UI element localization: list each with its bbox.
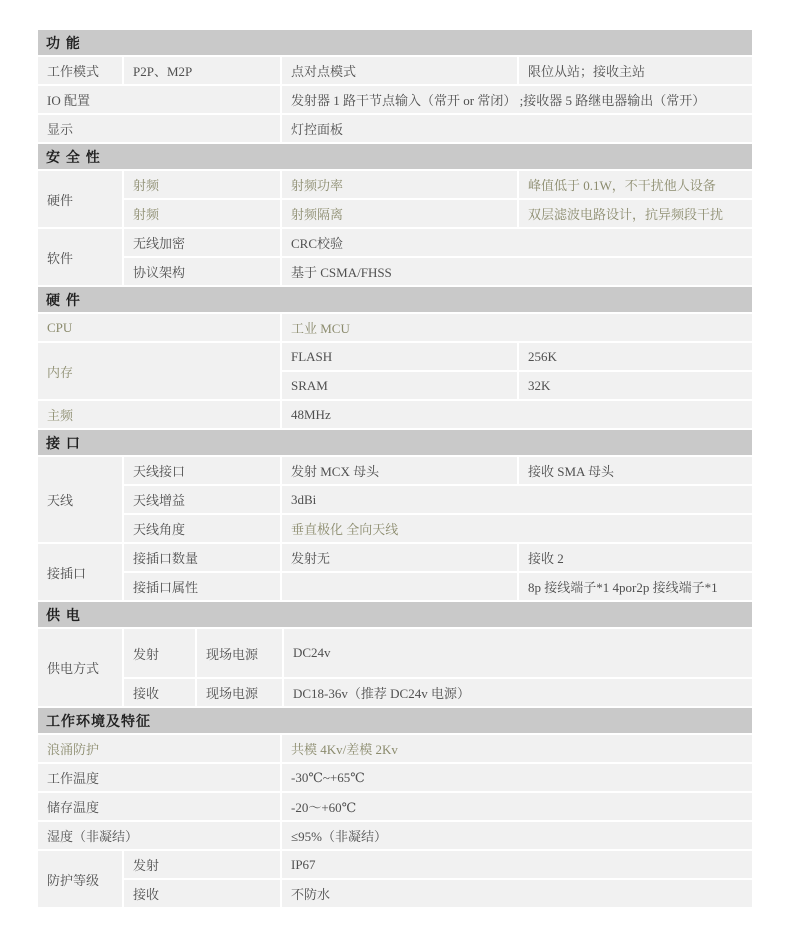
spec-cell: 接收 SMA 母头 <box>519 457 752 484</box>
section-interface: 接 口 天线 天线接口 发射 MCX 母头 接收 SMA 母头 天线增益 3dB… <box>38 430 752 600</box>
spec-cell: 显示 <box>38 115 280 142</box>
spec-cell: 不防水 <box>282 880 752 907</box>
spec-cell: CPU <box>38 314 280 341</box>
spec-cell: 工作温度 <box>38 764 280 791</box>
spec-cell: 天线接口 <box>124 457 280 484</box>
spec-cell: IO 配置 <box>38 86 280 113</box>
spec-cell: 灯控面板 <box>282 115 752 142</box>
spec-cell: ≤95%（非凝结） <box>282 822 752 849</box>
spec-cell: 射频隔离 <box>282 200 517 227</box>
section-security: 安 全 性 硬件 射频 射频功率 峰值低于 0.1W，不干扰他人设备 射频 射频… <box>38 144 752 285</box>
spec-cell: 射频 <box>124 200 280 227</box>
section-rows: CPU 工业 MCU 内存 FLASH 256K SRAM 32K 主频 48M… <box>38 314 752 428</box>
spec-cell <box>282 573 517 600</box>
section-rows: 供电方式 发射 现场电源 DC24v 接收 现场电源 DC18-36v（推荐 D… <box>38 629 752 706</box>
spec-cell: 内存 <box>38 343 280 399</box>
spec-cell: 接插口属性 <box>124 573 280 600</box>
spec-cell: -30℃~+65℃ <box>282 764 752 791</box>
spec-cell: 工业 MCU <box>282 314 752 341</box>
spec-cell: 限位从站；接收主站 <box>519 57 752 84</box>
section-title: 供 电 <box>38 602 752 627</box>
spec-cell: IP67 <box>282 851 752 878</box>
spec-cell: 硬件 <box>38 171 122 227</box>
spec-cell: 接插口 <box>38 544 122 600</box>
spec-cell: -20～+60℃ <box>282 793 752 820</box>
section-rows: 天线 天线接口 发射 MCX 母头 接收 SMA 母头 天线增益 3dBi 天线… <box>38 457 752 600</box>
spec-cell: 接插口数量 <box>124 544 280 571</box>
spec-cell: 32K <box>519 372 752 399</box>
spec-cell: 发射无 <box>282 544 517 571</box>
spec-cell: 发射 <box>124 629 195 677</box>
spec-cell: 储存温度 <box>38 793 280 820</box>
spec-cell: 天线角度 <box>124 515 280 542</box>
spec-cell: 接收 <box>124 880 280 907</box>
spec-cell: 现场电源 <box>197 679 282 706</box>
spec-cell: FLASH <box>282 343 517 370</box>
spec-cell: 峰值低于 0.1W，不干扰他人设备 <box>519 171 752 198</box>
section-rows: 工作模式 P2P、M2P 点对点模式 限位从站；接收主站 IO 配置 发射器 1… <box>38 57 752 142</box>
spec-cell: P2P、M2P <box>124 57 280 84</box>
spec-cell: 主频 <box>38 401 280 428</box>
spec-cell: 现场电源 <box>197 629 282 677</box>
spec-cell: 天线增益 <box>124 486 280 513</box>
spec-cell: 共模 4Kv/差模 2Kv <box>282 735 752 762</box>
spec-cell: 接收 2 <box>519 544 752 571</box>
section-title: 硬 件 <box>38 287 752 312</box>
spec-cell: 基于 CSMA/FHSS <box>282 258 752 285</box>
section-function: 功 能 工作模式 P2P、M2P 点对点模式 限位从站；接收主站 IO 配置 发… <box>38 30 752 142</box>
spec-cell: 射频功率 <box>282 171 517 198</box>
section-hardware: 硬 件 CPU 工业 MCU 内存 FLASH 256K SRAM 32K 主频… <box>38 287 752 428</box>
spec-cell: CRC校验 <box>282 229 752 256</box>
spec-cell: 射频 <box>124 171 280 198</box>
spec-cell: 256K <box>519 343 752 370</box>
section-power: 供 电 供电方式 发射 现场电源 DC24v 接收 现场电源 DC18-36v（… <box>38 602 752 706</box>
spec-cell: 发射器 1 路干节点输入（常开 or 常闭） ;接收器 5 路继电器输出（常开） <box>282 86 752 113</box>
spec-cell: 双层滤波电路设计，抗异频段干扰 <box>519 200 752 227</box>
section-rows: 浪涌防护 共模 4Kv/差模 2Kv 工作温度 -30℃~+65℃ 储存温度 -… <box>38 735 752 907</box>
spec-cell: 48MHz <box>282 401 752 428</box>
section-title: 安 全 性 <box>38 144 752 169</box>
spec-cell: 3dBi <box>282 486 752 513</box>
section-title: 接 口 <box>38 430 752 455</box>
section-title: 功 能 <box>38 30 752 55</box>
spec-cell: 软件 <box>38 229 122 285</box>
spec-cell: DC18-36v（推荐 DC24v 电源） <box>284 679 752 706</box>
spec-cell: 浪涌防护 <box>38 735 280 762</box>
spec-cell: 接收 <box>124 679 195 706</box>
section-rows: 硬件 射频 射频功率 峰值低于 0.1W，不干扰他人设备 射频 射频隔离 双层滤… <box>38 171 752 285</box>
spec-cell: 发射 MCX 母头 <box>282 457 517 484</box>
spec-cell: 8p 接线端子*1 4por2p 接线端子*1 <box>519 573 752 600</box>
section-title: 工作环境及特征 <box>38 708 752 733</box>
spec-table: 功 能 工作模式 P2P、M2P 点对点模式 限位从站；接收主站 IO 配置 发… <box>38 30 752 909</box>
spec-cell: 天线 <box>38 457 122 542</box>
spec-cell: DC24v <box>284 629 752 677</box>
spec-cell: 工作模式 <box>38 57 122 84</box>
spec-cell: 防护等级 <box>38 851 122 907</box>
spec-cell: 湿度（非凝结） <box>38 822 280 849</box>
section-environment: 工作环境及特征 浪涌防护 共模 4Kv/差模 2Kv 工作温度 -30℃~+65… <box>38 708 752 907</box>
spec-cell: 发射 <box>124 851 280 878</box>
spec-cell: 供电方式 <box>38 629 122 706</box>
spec-cell: 无线加密 <box>124 229 280 256</box>
spec-cell: 协议架构 <box>124 258 280 285</box>
spec-cell: 垂直极化 全向天线 <box>282 515 752 542</box>
spec-cell: SRAM <box>282 372 517 399</box>
spec-cell: 点对点模式 <box>282 57 517 84</box>
